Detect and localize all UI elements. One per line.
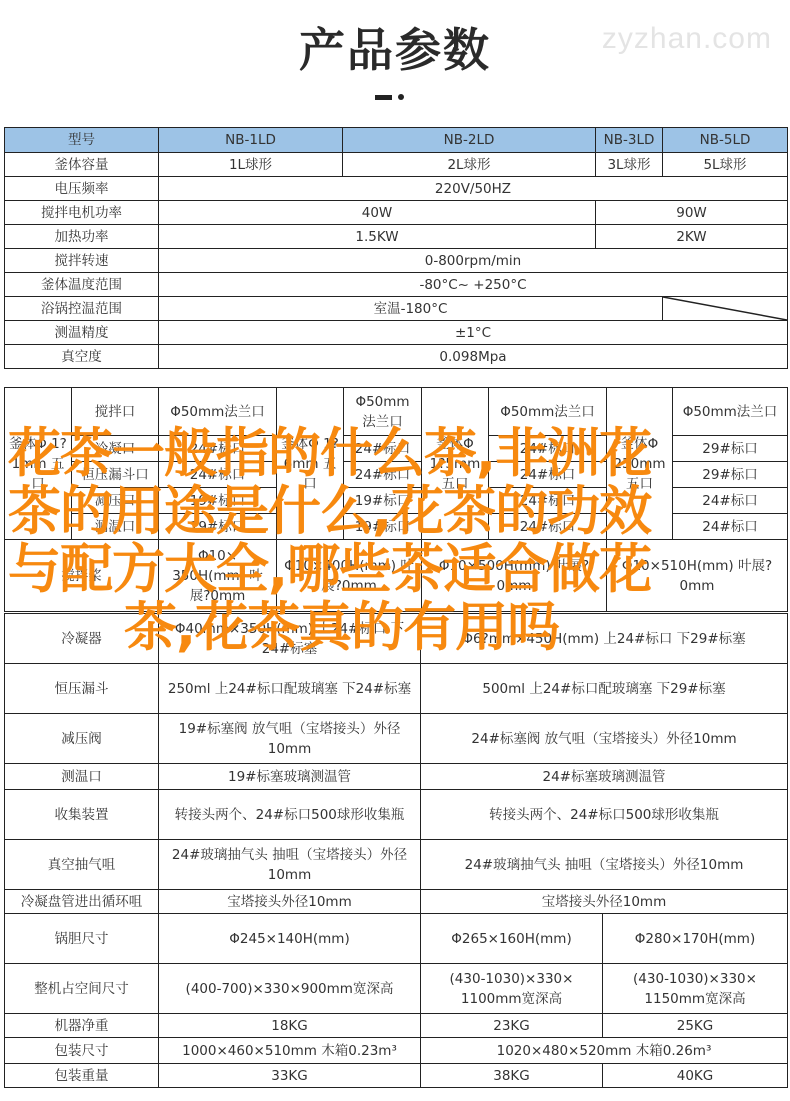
port-sublabel: 测温口 [72,514,159,540]
table-row: 锅胆尺寸 Φ245×140H(mm) Φ265×160H(mm) Φ280×17… [5,914,788,964]
port-sublabel: 搅拌口 [72,388,159,436]
port-sublabel: 冷凝口 [72,436,159,462]
table-row: 机器净重 18KG 23KG 25KG [5,1014,788,1038]
header-label: 型号 [5,128,159,153]
cell: 0-800rpm/min [159,249,788,273]
cell: 500ml 上24#标口配玻璃塞 下29#标塞 [421,664,788,714]
cell: 24#标口 [489,488,607,514]
cell: 转接头两个、24#标口500球形收集瓶 [421,790,788,840]
table-row: 恒压漏斗 250ml 上24#标口配玻璃塞 下24#标塞 500ml 上24#标… [5,664,788,714]
cell: 1L球形 [159,153,343,177]
watermark: zyzhan.com [602,22,772,56]
spec-table-lower: 冷凝器 Φ40mm×350H(mm) 上24#标口 下24#标塞 Φ6?mm×4… [4,613,788,1088]
cell: 250ml 上24#标口配玻璃塞 下24#标塞 [159,664,421,714]
table-header-row: 型号 NB-1LD NB-2LD NB-3LD NB-5LD [5,128,788,153]
spec-table: 型号 NB-1LD NB-2LD NB-3LD NB-5LD 釜体容量 1L球形… [4,127,788,369]
row-label: 测温精度 [5,321,159,345]
header-model-1: NB-1LD [159,128,343,153]
table-row: 收集装置 转接头两个、24#标口500球形收集瓶 转接头两个、24#标口500球… [5,790,788,840]
port-sublabel: 恒压漏斗口 [72,462,159,488]
table-row: 整机占空间尺寸 (400-700)×330×900mm宽深高 (430-1030… [5,964,788,1014]
cell: 24#标口 [673,488,788,514]
table-row: 搅拌桨 Φ10× 350H(mm) 叶展?0mm Φ10×400H(mm) 叶展… [5,540,788,612]
port-group-label-2: 釜体Φ1?5mm五口 [422,388,489,540]
cell: 2KW [596,225,788,249]
cell: (400-700)×330×900mm宽深高 [159,964,421,1014]
cell: (430-1030)×330× 1100mm宽深高 [421,964,603,1014]
title-underline-dot [398,94,404,100]
cell: 25KG [603,1014,788,1038]
row-label: 釜体温度范围 [5,273,159,297]
table-row: 测温精度 ±1°C [5,321,788,345]
cell: 24#玻璃抽气头 抽咀（宝塔接头）外径10mm [421,840,788,890]
cell: -80°C~ +250°C [159,273,788,297]
row-label: 收集装置 [5,790,159,840]
table-row: 电压频率 220V/50HZ [5,177,788,201]
cell: Φ6?mm×450H(mm) 上24#标口 下29#标塞 [421,614,788,664]
cell: 24#标口 [344,436,422,462]
row-label: 浴锅控温范围 [5,297,159,321]
cell: 24#玻璃抽气头 抽咀（宝塔接头）外径10mm [159,840,421,890]
port-group-label: 釜体Φ 1?6mm 五口 [277,388,344,540]
cell: 2L球形 [343,153,596,177]
cell: Φ10×510H(mm) 叶展?0mm [607,540,788,612]
table-row: 冷凝器 Φ40mm×350H(mm) 上24#标口 下24#标塞 Φ6?mm×4… [5,614,788,664]
row-label: 包装重量 [5,1064,159,1088]
cell: 24#标口 [489,462,607,488]
cell: 5L球形 [663,153,788,177]
cell: 90W [596,201,788,225]
cell: 转接头两个、24#标口500球形收集瓶 [159,790,421,840]
port-group-label: 釜体Φ 230mm 五口 [607,388,673,540]
row-label: 搅拌桨 [5,540,159,612]
cell: 24#标口 [344,462,422,488]
table-row: 冷凝盘管进出循环咀 宝塔接头外径10mm 宝塔接头外径10mm [5,890,788,914]
diagonal-line-icon [663,297,787,320]
header-model-2: NB-2LD [343,128,596,153]
cell: 19#标口 [159,514,277,540]
cell: Φ10×500H(mm) 叶展?0mm [422,540,607,612]
table-row: 浴锅控温范围 室温-180°C [5,297,788,321]
cell: 19#标塞玻璃测温管 [159,764,421,790]
row-label: 真空度 [5,345,159,369]
cell: 0.098Mpa [159,345,788,369]
cell: 24#标口 [489,514,607,540]
cell: Φ50mm 法兰口 [344,388,422,436]
header-model-3: NB-3LD [596,128,663,153]
cell: Φ265×160H(mm) [421,914,603,964]
cell: 24#标口 [159,436,277,462]
table-row: 包装尺寸 1000×460×510mm 木箱0.23m³ 1020×480×52… [5,1038,788,1064]
row-label: 测温口 [5,764,159,790]
cell: 宝塔接头外径10mm [421,890,788,914]
table-row: 减压阀 19#标塞阀 放气咀（宝塔接头）外径10mm 24#标塞阀 放气咀（宝塔… [5,714,788,764]
cell: 220V/50HZ [159,177,788,201]
row-label: 锅胆尺寸 [5,914,159,964]
title-underline-bar [375,95,392,100]
table-row: 釜体Φ 1?1mm 五口 搅拌口 Φ50mm法兰口 釜体Φ 1?6mm 五口 Φ… [5,388,788,436]
table-row: 釜体容量 1L球形 2L球形 3L球形 5L球形 [5,153,788,177]
port-group-label: 釜体Φ 1?1mm 五口 [5,388,72,540]
table-row: 搅拌电机功率 40W 90W [5,201,788,225]
row-label: 搅拌转速 [5,249,159,273]
cell: Φ50mm法兰口 [673,388,788,436]
cell: 23KG [421,1014,603,1038]
cell: 24#标塞阀 放气咀（宝塔接头）外径10mm [421,714,788,764]
table-row: 真空抽气咀 24#玻璃抽气头 抽咀（宝塔接头）外径10mm 24#玻璃抽气头 抽… [5,840,788,890]
cell: 24#标口 [159,462,277,488]
cell: 24#标口 [673,514,788,540]
cell: Φ245×140H(mm) [159,914,421,964]
cell: 19#标口 [344,514,422,540]
row-label: 减压阀 [5,714,159,764]
diagonal-empty-cell [663,297,788,321]
cell: 40KG [603,1064,788,1088]
cell: 19#标塞阀 放气咀（宝塔接头）外径10mm [159,714,421,764]
cell: 29#标口 [673,462,788,488]
cell: 室温-180°C [159,297,663,321]
cell: ±1°C [159,321,788,345]
row-label: 电压频率 [5,177,159,201]
header-model-4: NB-5LD [663,128,788,153]
table-row: 包装重量 33KG 38KG 40KG [5,1064,788,1088]
cell: 3L球形 [596,153,663,177]
table-row: 真空度 0.098Mpa [5,345,788,369]
cell: 29#标口 [673,436,788,462]
table-row: 釜体温度范围 -80°C~ +250°C [5,273,788,297]
row-label: 冷凝盘管进出循环咀 [5,890,159,914]
cell: Φ280×170H(mm) [603,914,788,964]
row-label: 釜体容量 [5,153,159,177]
cell: Φ10×400H(mm) 叶展?0mm [277,540,422,612]
cell: (430-1030)×330× 1150mm宽深高 [603,964,788,1014]
cell: 24#标塞玻璃测温管 [421,764,788,790]
row-label: 加热功率 [5,225,159,249]
row-label: 冷凝器 [5,614,159,664]
table-row: 测温口 19#标塞玻璃测温管 24#标塞玻璃测温管 [5,764,788,790]
table-row: 加热功率 1.5KW 2KW [5,225,788,249]
cell: Φ50mm法兰口 [159,388,277,436]
table-row: 搅拌转速 0-800rpm/min [5,249,788,273]
port-sublabel: 减压口 [72,488,159,514]
cell: 宝塔接头外径10mm [159,890,421,914]
cell: Φ10× 350H(mm) 叶展?0mm [159,540,277,612]
cell: 19#标口 [344,488,422,514]
cell: 1020×480×520mm 木箱0.26m³ [421,1038,788,1064]
row-label: 机器净重 [5,1014,159,1038]
cell: 33KG [159,1064,421,1088]
cell: 40W [159,201,596,225]
cell: 1000×460×510mm 木箱0.23m³ [159,1038,421,1064]
cell: 18KG [159,1014,421,1038]
cell: Φ40mm×350H(mm) 上24#标口 下24#标塞 [159,614,421,664]
cell: 1.5KW [159,225,596,249]
cell: 19#标口 [159,488,277,514]
row-label: 恒压漏斗 [5,664,159,714]
row-label: 整机占空间尺寸 [5,964,159,1014]
cell: 38KG [421,1064,603,1088]
cell: 24#标口 [489,436,607,462]
row-label: 包装尺寸 [5,1038,159,1064]
ports-table: 釜体Φ 1?1mm 五口 搅拌口 Φ50mm法兰口 釜体Φ 1?6mm 五口 Φ… [4,387,788,612]
cell: Φ50mm法兰口 [489,388,607,436]
row-label: 搅拌电机功率 [5,201,159,225]
row-label: 真空抽气咀 [5,840,159,890]
